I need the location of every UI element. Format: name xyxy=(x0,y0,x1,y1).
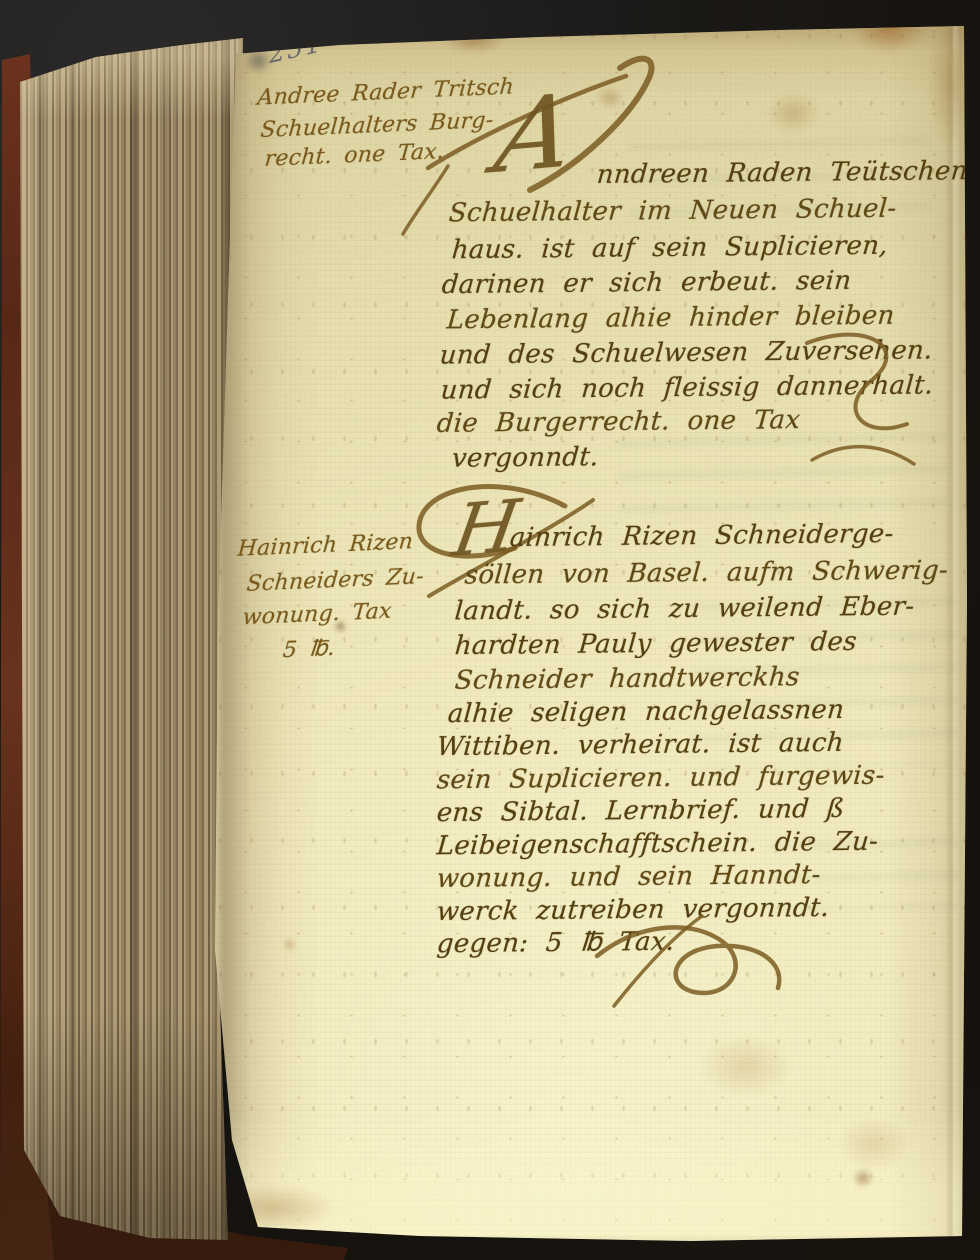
end-flourish-icon xyxy=(582,908,812,1018)
manuscript-line: ainrich Rizen Schneiderge- xyxy=(509,519,895,553)
manuscript-line: Schneider handtwerckhs xyxy=(454,662,801,696)
manuscript-line: die Burgerrecht. one Tax xyxy=(436,405,802,439)
stain xyxy=(928,18,970,148)
manuscript-photo: 251 Andree Rader Tritsch Schuelhalters B… xyxy=(0,0,980,1260)
manuscript-line: darinen er sich erbeut. sein xyxy=(441,266,853,300)
manuscript-line: nndreen Raden Teütschen, xyxy=(596,156,978,190)
comma-flourish-icon xyxy=(398,160,453,240)
stain xyxy=(852,1168,874,1188)
stain xyxy=(282,938,297,951)
manuscript-line: söllen von Basel. aufm Schwerig- xyxy=(464,555,950,590)
end-flourish-icon xyxy=(792,318,927,473)
manuscript-line: alhie seligen nachgelassnen xyxy=(447,695,846,729)
manuscript-line: vergonndt. xyxy=(451,442,600,474)
stain xyxy=(698,1035,793,1097)
manuscript-line: hardten Pauly gewester des xyxy=(454,627,858,661)
manuscript-line: haus. ist auf sein Suplicieren, xyxy=(451,231,889,266)
margin-note-line: 5 ℔. xyxy=(282,636,336,663)
manuscript-line: landt. so sich zu weilend Eber- xyxy=(454,592,916,627)
manuscript-line: Schuelhalter im Neuen Schuel- xyxy=(448,194,898,229)
manuscript-line: sein Suplicieren. und furgewis- xyxy=(436,761,886,796)
manuscript-line: Leibeigenschafftschein. die Zu- xyxy=(436,827,880,862)
manuscript-line: Wittiben. verheirat. ist auch xyxy=(436,728,845,762)
stain xyxy=(838,1118,910,1170)
manuscript-line: wonung. und sein Hanndt- xyxy=(436,860,822,894)
manuscript-line: ens Sibtal. Lernbrief. und ß xyxy=(436,794,846,828)
